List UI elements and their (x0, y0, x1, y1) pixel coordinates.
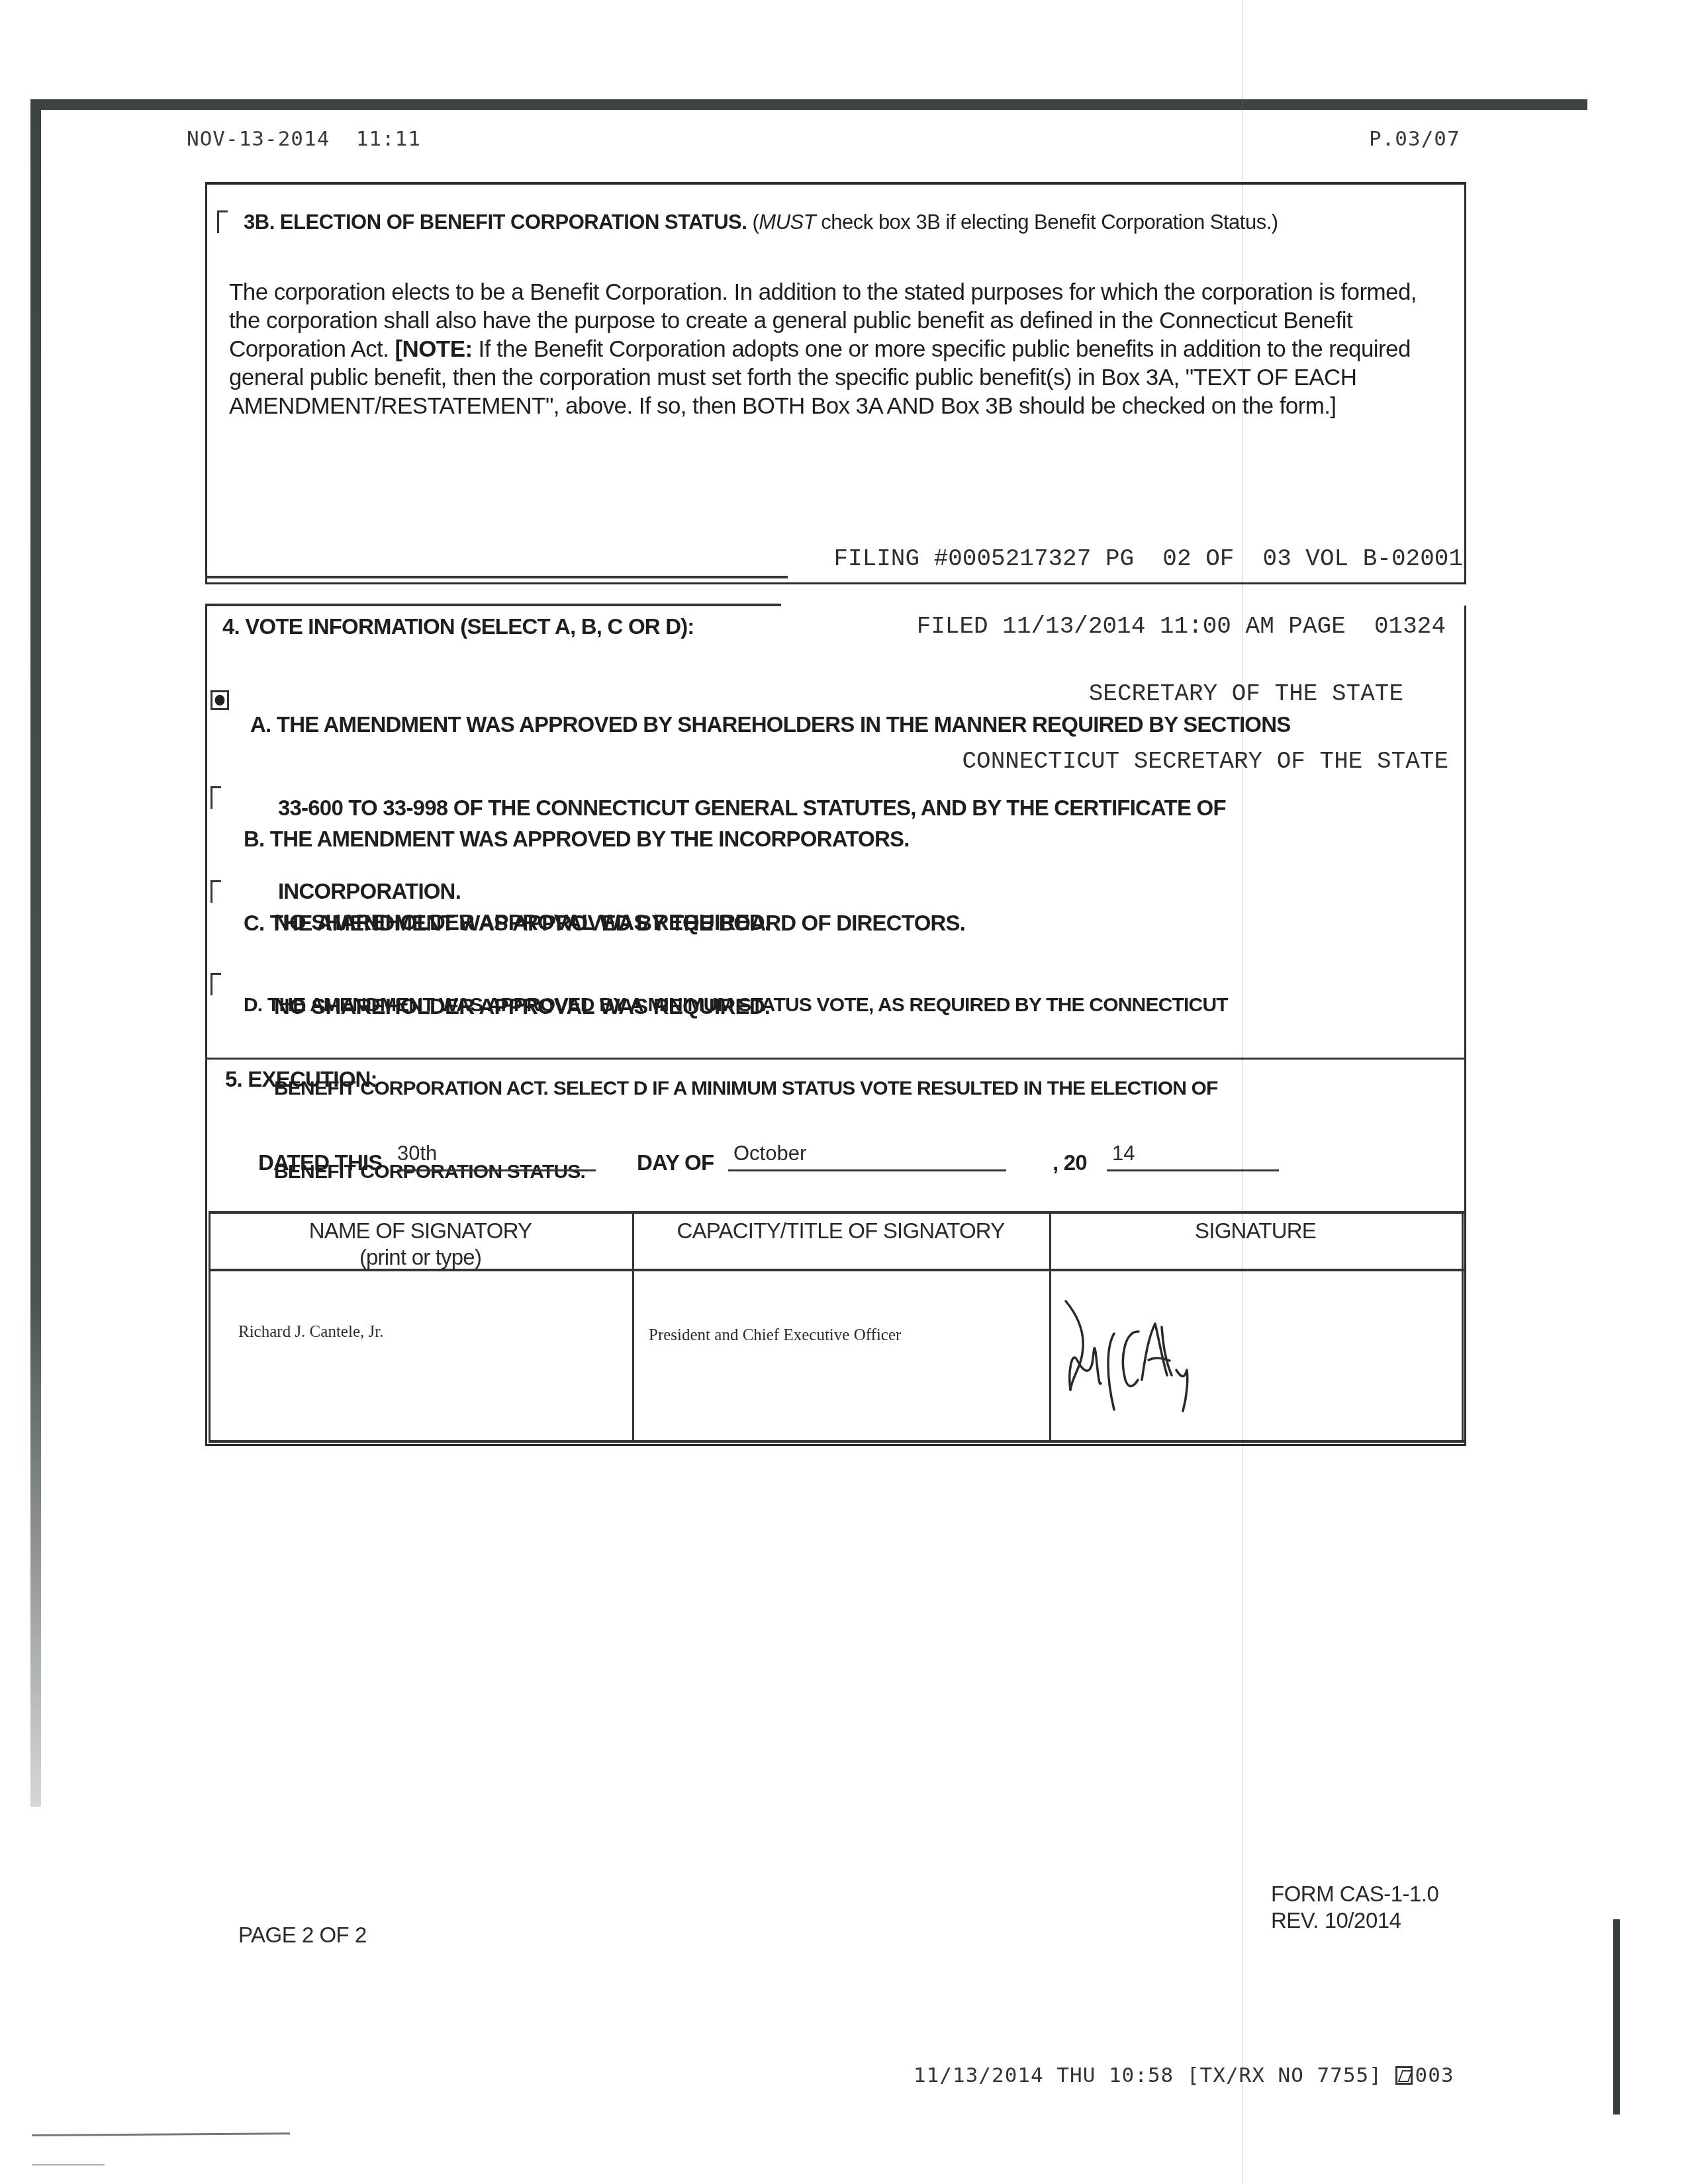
header-name-of-signatory: NAME OF SIGNATORY (print or type) (209, 1218, 632, 1271)
scan-edge-line (32, 2164, 105, 2165)
checkbox-3b[interactable] (217, 210, 228, 233)
box-3b-body: The corporation elects to be a Benefit C… (229, 278, 1440, 420)
box-4-top-border (205, 604, 781, 606)
form-id: FORM CAS-1-1.0 (1271, 1881, 1438, 1907)
checkbox-vote-d[interactable] (211, 973, 221, 995)
fax-timestamp: NOV-13-2014 11:11 (187, 127, 421, 151)
year-prefix: , 20 (1053, 1150, 1087, 1175)
table-column-separator (1462, 1214, 1464, 1440)
checkbox-vote-b[interactable] (211, 786, 221, 809)
vote-information-title: 4. VOTE INFORMATION (SELECT A, B, C OR D… (222, 614, 694, 639)
fax-transmission-line: 11/13/2014 THU 10:58 [TX/RX NO 7755] 003 (914, 2064, 1454, 2087)
header-signature: SIGNATURE (1049, 1218, 1462, 1244)
box-3b-bottom-border (205, 576, 788, 578)
month-underline (728, 1169, 1006, 1171)
signatory-title: President and Chief Executive Officer (649, 1326, 901, 1345)
must-emphasis: MUST (759, 210, 816, 234)
table-column-separator (632, 1214, 634, 1440)
box-3b-heading: 3B. ELECTION OF BENEFIT CORPORATION STAT… (244, 210, 1278, 234)
note-label: [NOTE: (395, 336, 473, 362)
year-underline (1107, 1169, 1279, 1171)
box-3b-title: 3B. ELECTION OF BENEFIT CORPORATION STAT… (244, 210, 747, 234)
scan-border-top (30, 99, 1587, 110)
header-capacity-title: CAPACITY/TITLE OF SIGNATORY (632, 1218, 1049, 1244)
section-divider (205, 1058, 1466, 1060)
fax-mark-icon (1395, 2066, 1413, 2085)
year-value[interactable]: 14 (1112, 1142, 1135, 1165)
fax-sequence: 003 (1415, 2064, 1454, 2087)
form-identifier: FORM CAS-1-1.0 REV. 10/2014 (1271, 1881, 1438, 1934)
filing-number: FILING #0005217327 PG 02 OF 03 VOL B-020… (788, 548, 1463, 570)
scan-border-right (1613, 1919, 1620, 2115)
handwritten-signature (1056, 1297, 1334, 1430)
scan-edge-line (32, 2132, 290, 2136)
form-revision: REV. 10/2014 (1271, 1907, 1438, 1934)
month-value[interactable]: October (733, 1142, 806, 1165)
scan-border-left (30, 99, 41, 1807)
day-value[interactable]: 30th (397, 1142, 437, 1165)
fax-page-number: P.03/07 (1369, 127, 1460, 151)
page-indicator: PAGE 2 OF 2 (238, 1923, 367, 1948)
dated-this-label: DATED THIS (258, 1150, 383, 1175)
signatory-name: Richard J. Cantele, Jr. (238, 1323, 383, 1342)
day-of-label: DAY OF (637, 1150, 714, 1175)
table-column-separator (1049, 1214, 1051, 1440)
checkbox-vote-a[interactable] (211, 690, 229, 710)
checkbox-vote-c[interactable] (211, 880, 221, 903)
day-underline (397, 1169, 596, 1171)
execution-title: 5. EXECUTION: (225, 1067, 377, 1092)
